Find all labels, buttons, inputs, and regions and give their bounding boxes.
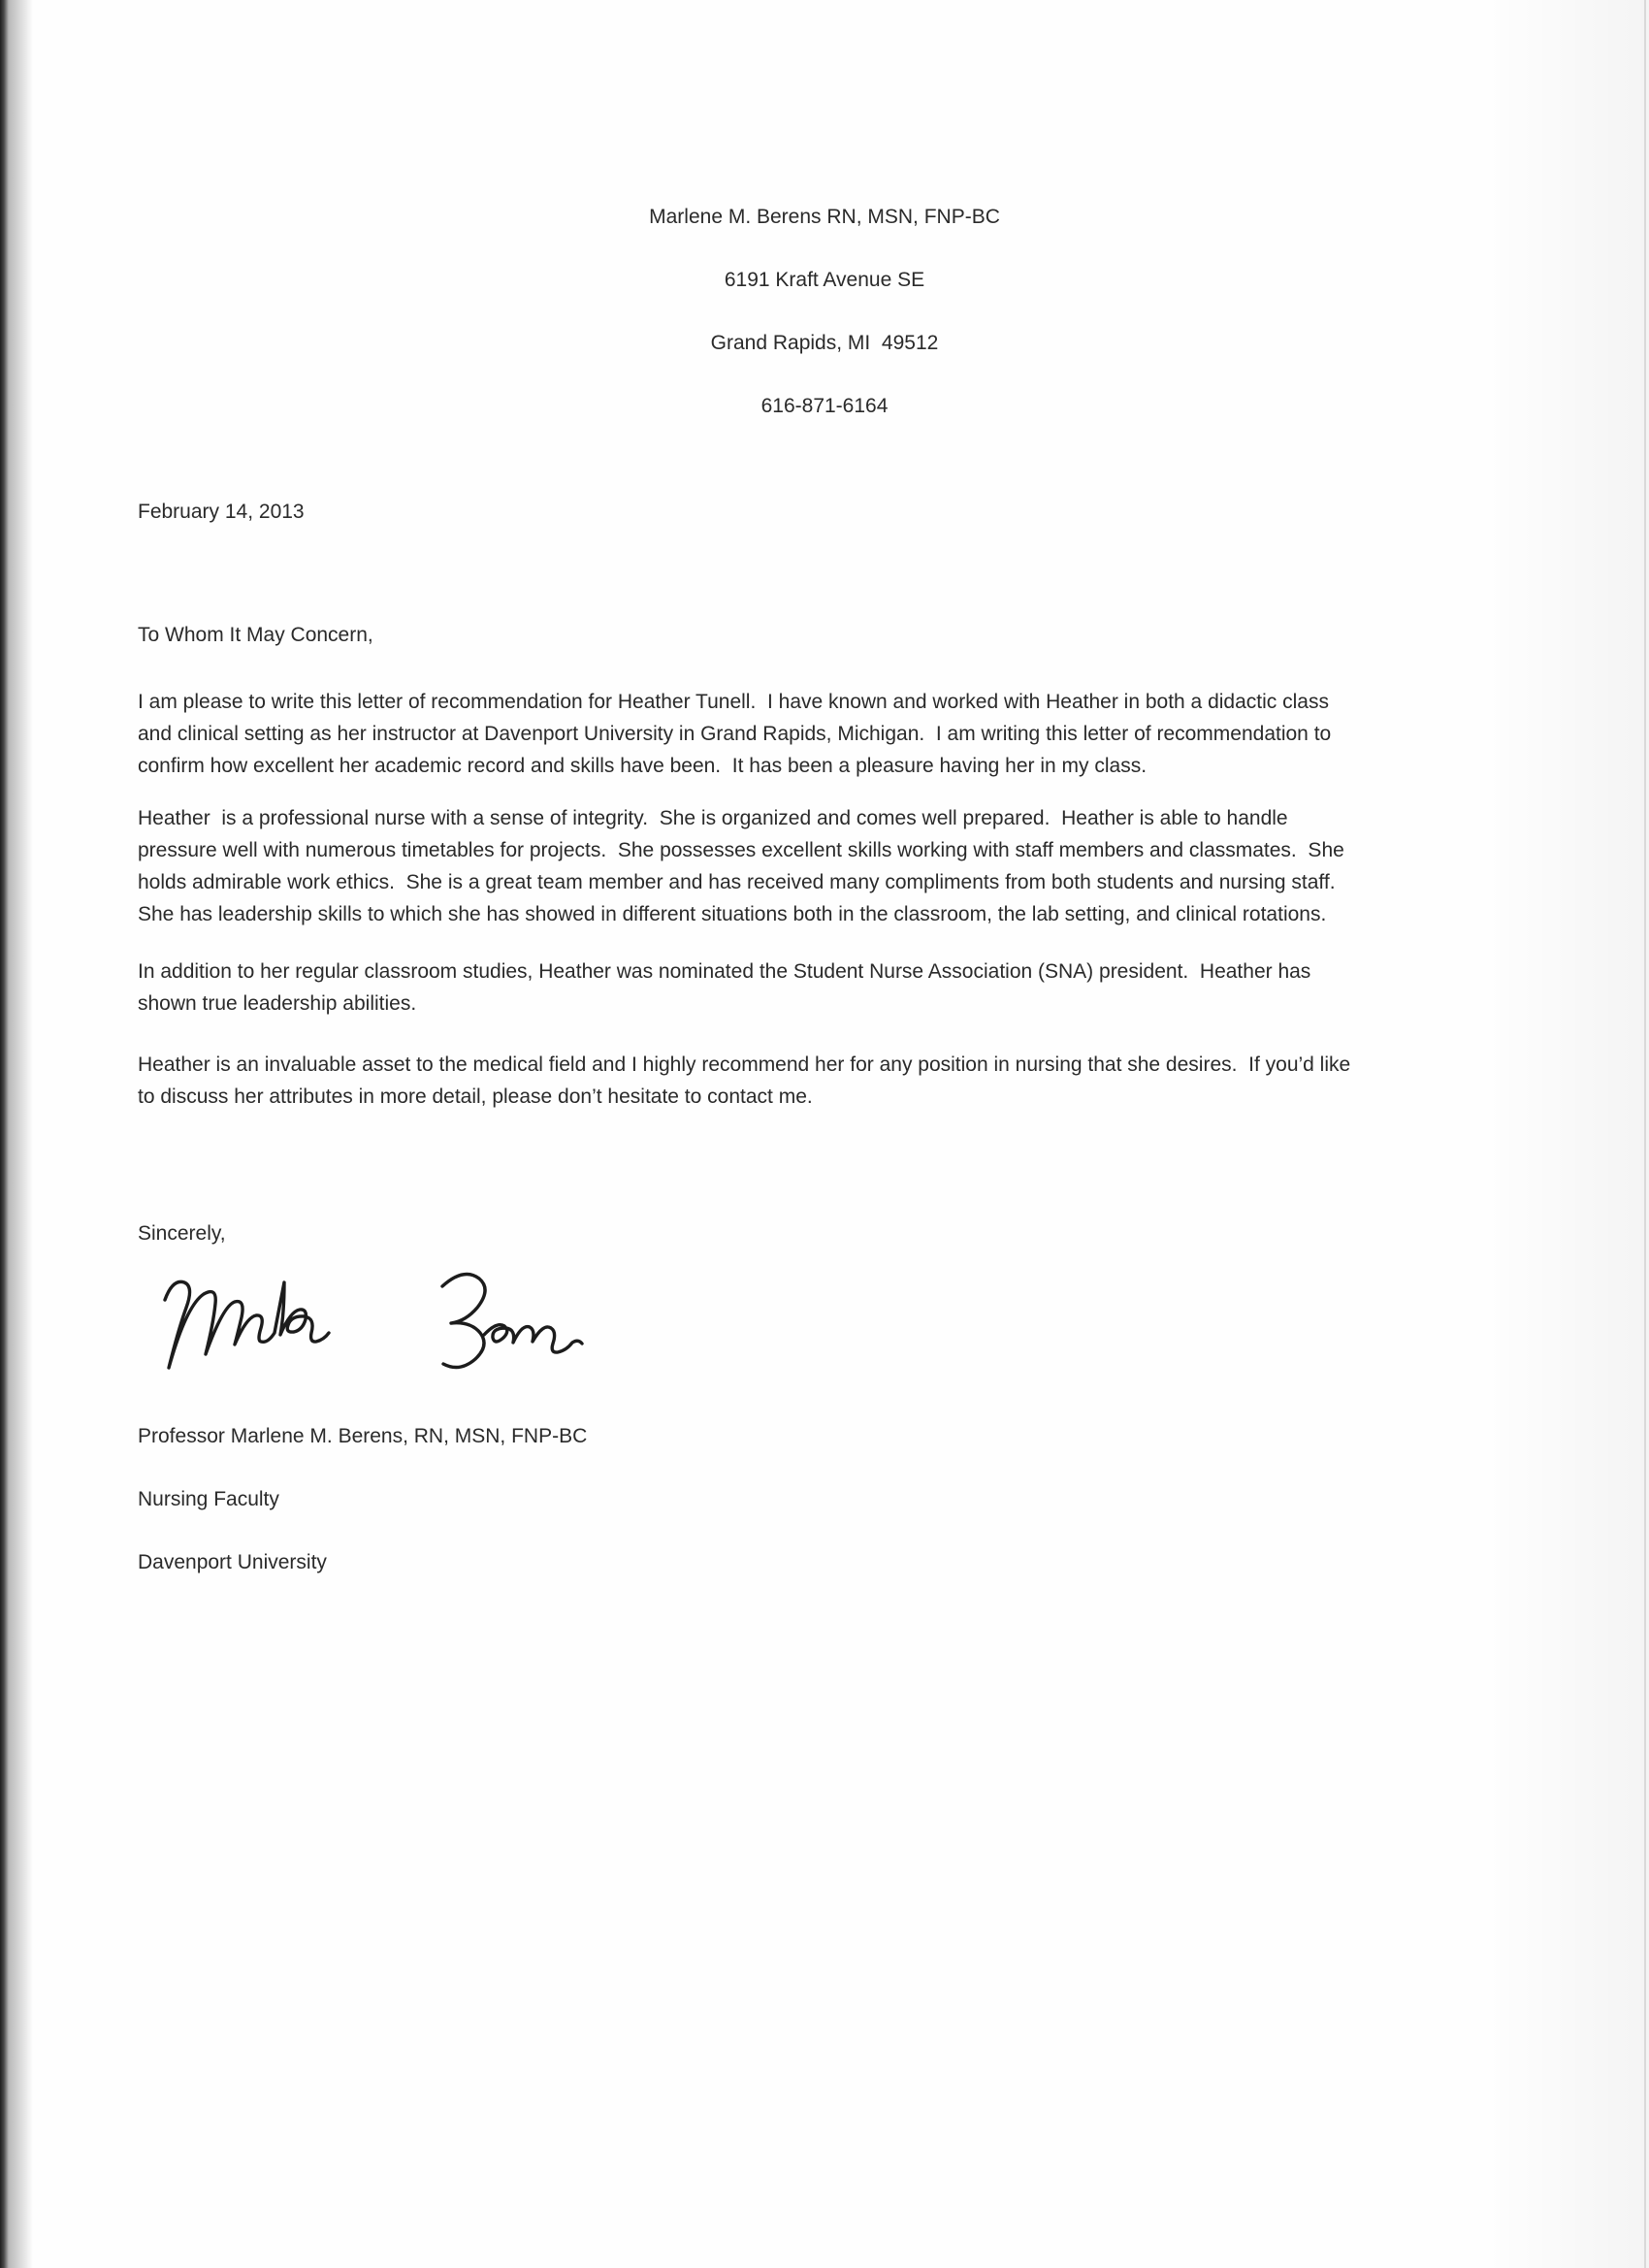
handwritten-signature: [149, 1257, 654, 1403]
paragraph-1: I am please to write this letter of reco…: [138, 686, 1358, 782]
scan-right-shadow: [1484, 0, 1649, 2268]
letterhead-phone: 616-871-6164: [0, 390, 1649, 422]
letter-body: February 14, 2013 To Whom It May Concern…: [138, 496, 1358, 1578]
scan-right-edge-line: [1644, 0, 1646, 2268]
signature-block: Professor Marlene M. Berens, RN, MSN, FN…: [138, 1420, 1358, 1578]
signoff-role: Nursing Faculty: [138, 1483, 1358, 1515]
letterhead-address-street: 6191 Kraft Avenue SE: [0, 264, 1649, 296]
letterhead-name: Marlene M. Berens RN, MSN, FNP-BC: [0, 201, 1649, 233]
letter-date: February 14, 2013: [138, 496, 1358, 528]
scan-left-edge: [0, 0, 33, 2268]
salutation: To Whom It May Concern,: [138, 619, 1358, 651]
signoff-institution: Davenport University: [138, 1546, 1358, 1578]
paragraph-3: In addition to her regular classroom stu…: [138, 956, 1358, 1020]
signoff-name-title: Professor Marlene M. Berens, RN, MSN, FN…: [138, 1420, 1358, 1452]
letter-content: Marlene M. Berens RN, MSN, FNP-BC 6191 K…: [0, 201, 1649, 1578]
paragraph-4: Heather is an invaluable asset to the me…: [138, 1049, 1358, 1113]
letterhead: Marlene M. Berens RN, MSN, FNP-BC 6191 K…: [0, 201, 1649, 422]
closing: Sincerely,: [138, 1217, 1358, 1249]
paragraph-2: Heather is a professional nurse with a s…: [138, 802, 1358, 930]
letterhead-address-city: Grand Rapids, MI 49512: [0, 327, 1649, 359]
scanned-letter-page: Marlene M. Berens RN, MSN, FNP-BC 6191 K…: [0, 0, 1649, 2268]
signature-image: [149, 1257, 654, 1403]
